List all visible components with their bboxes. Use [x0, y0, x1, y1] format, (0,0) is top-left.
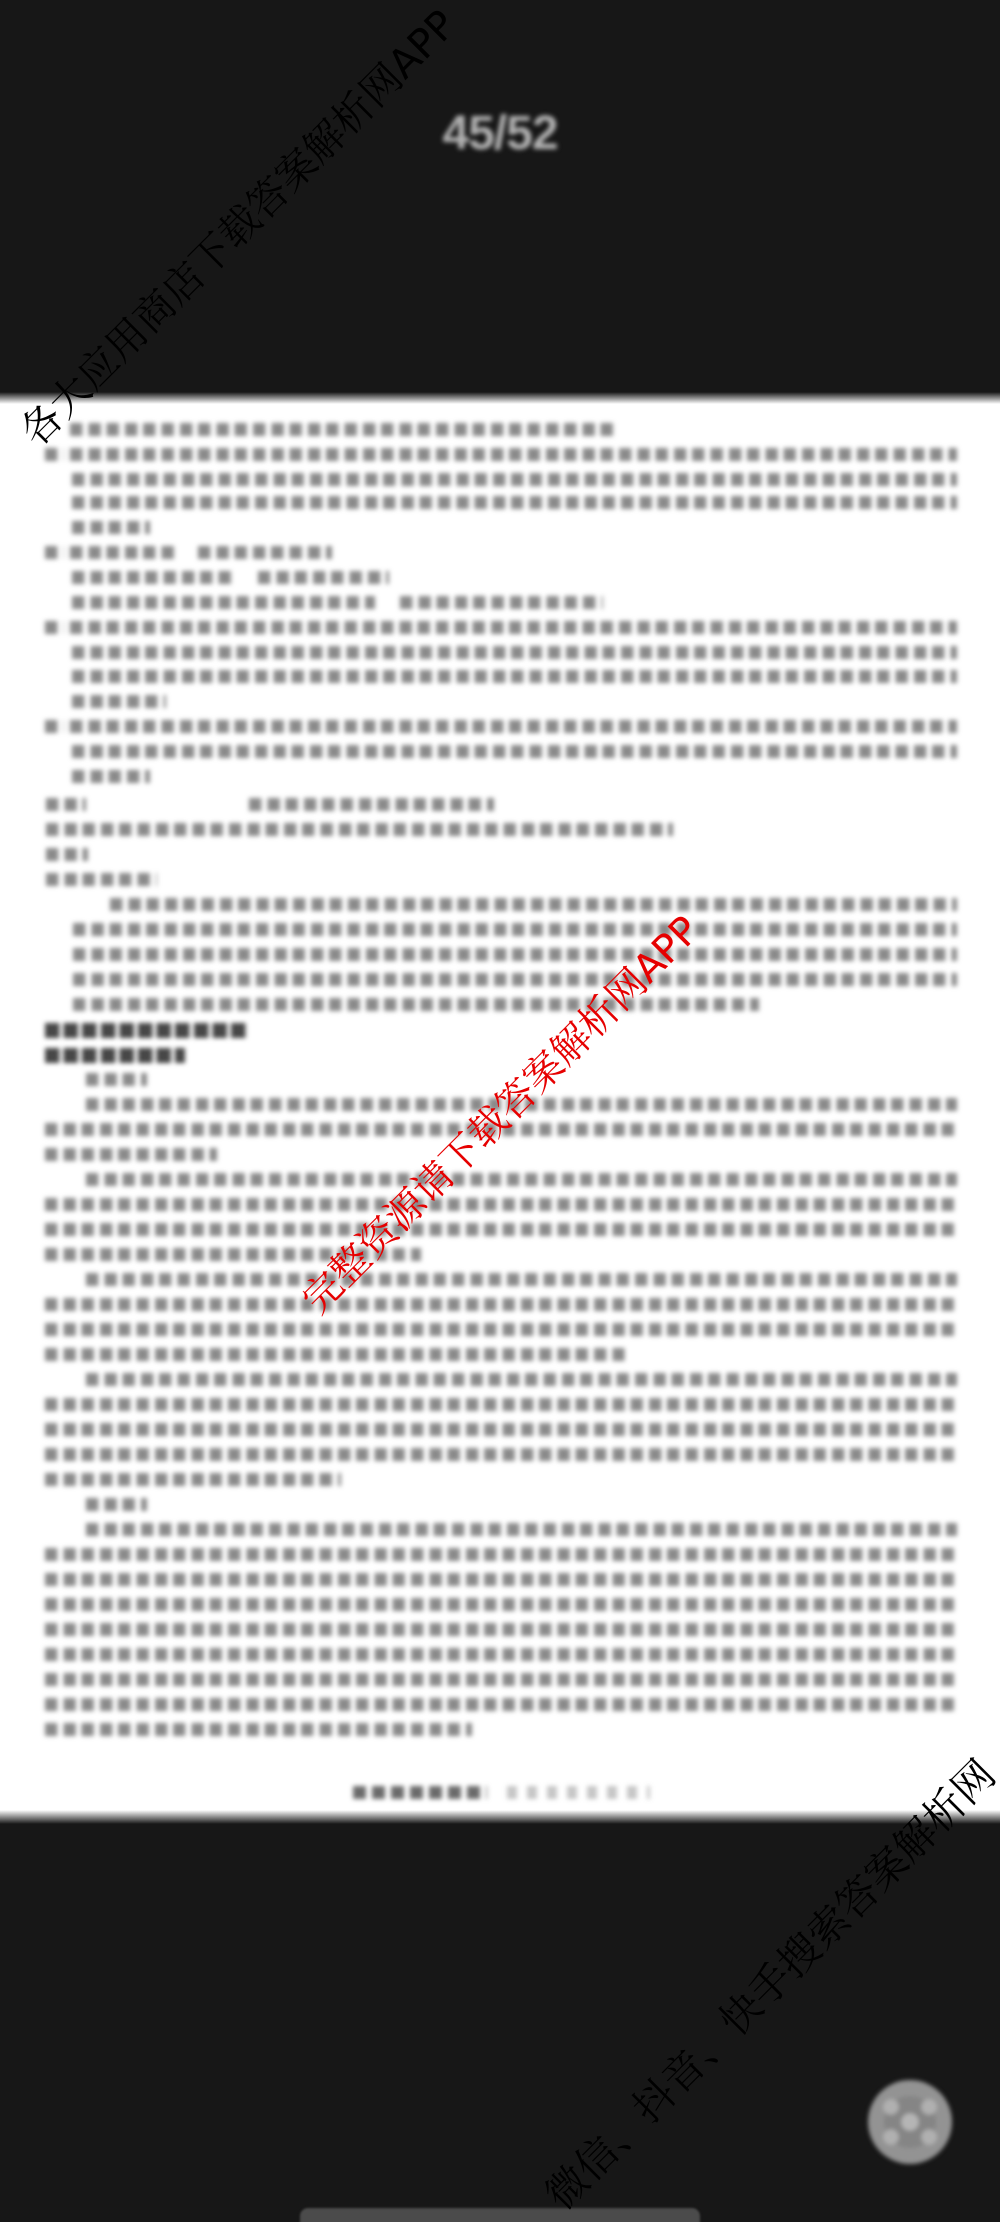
watermark-top-left: 各大应用商店下载答案解析网APP	[14, 4, 463, 453]
page-indicator: 45/52	[0, 106, 1000, 162]
floating-action-button[interactable]	[868, 2080, 952, 2164]
dots-flower-icon	[868, 2080, 952, 2164]
home-indicator[interactable]	[300, 2208, 700, 2222]
